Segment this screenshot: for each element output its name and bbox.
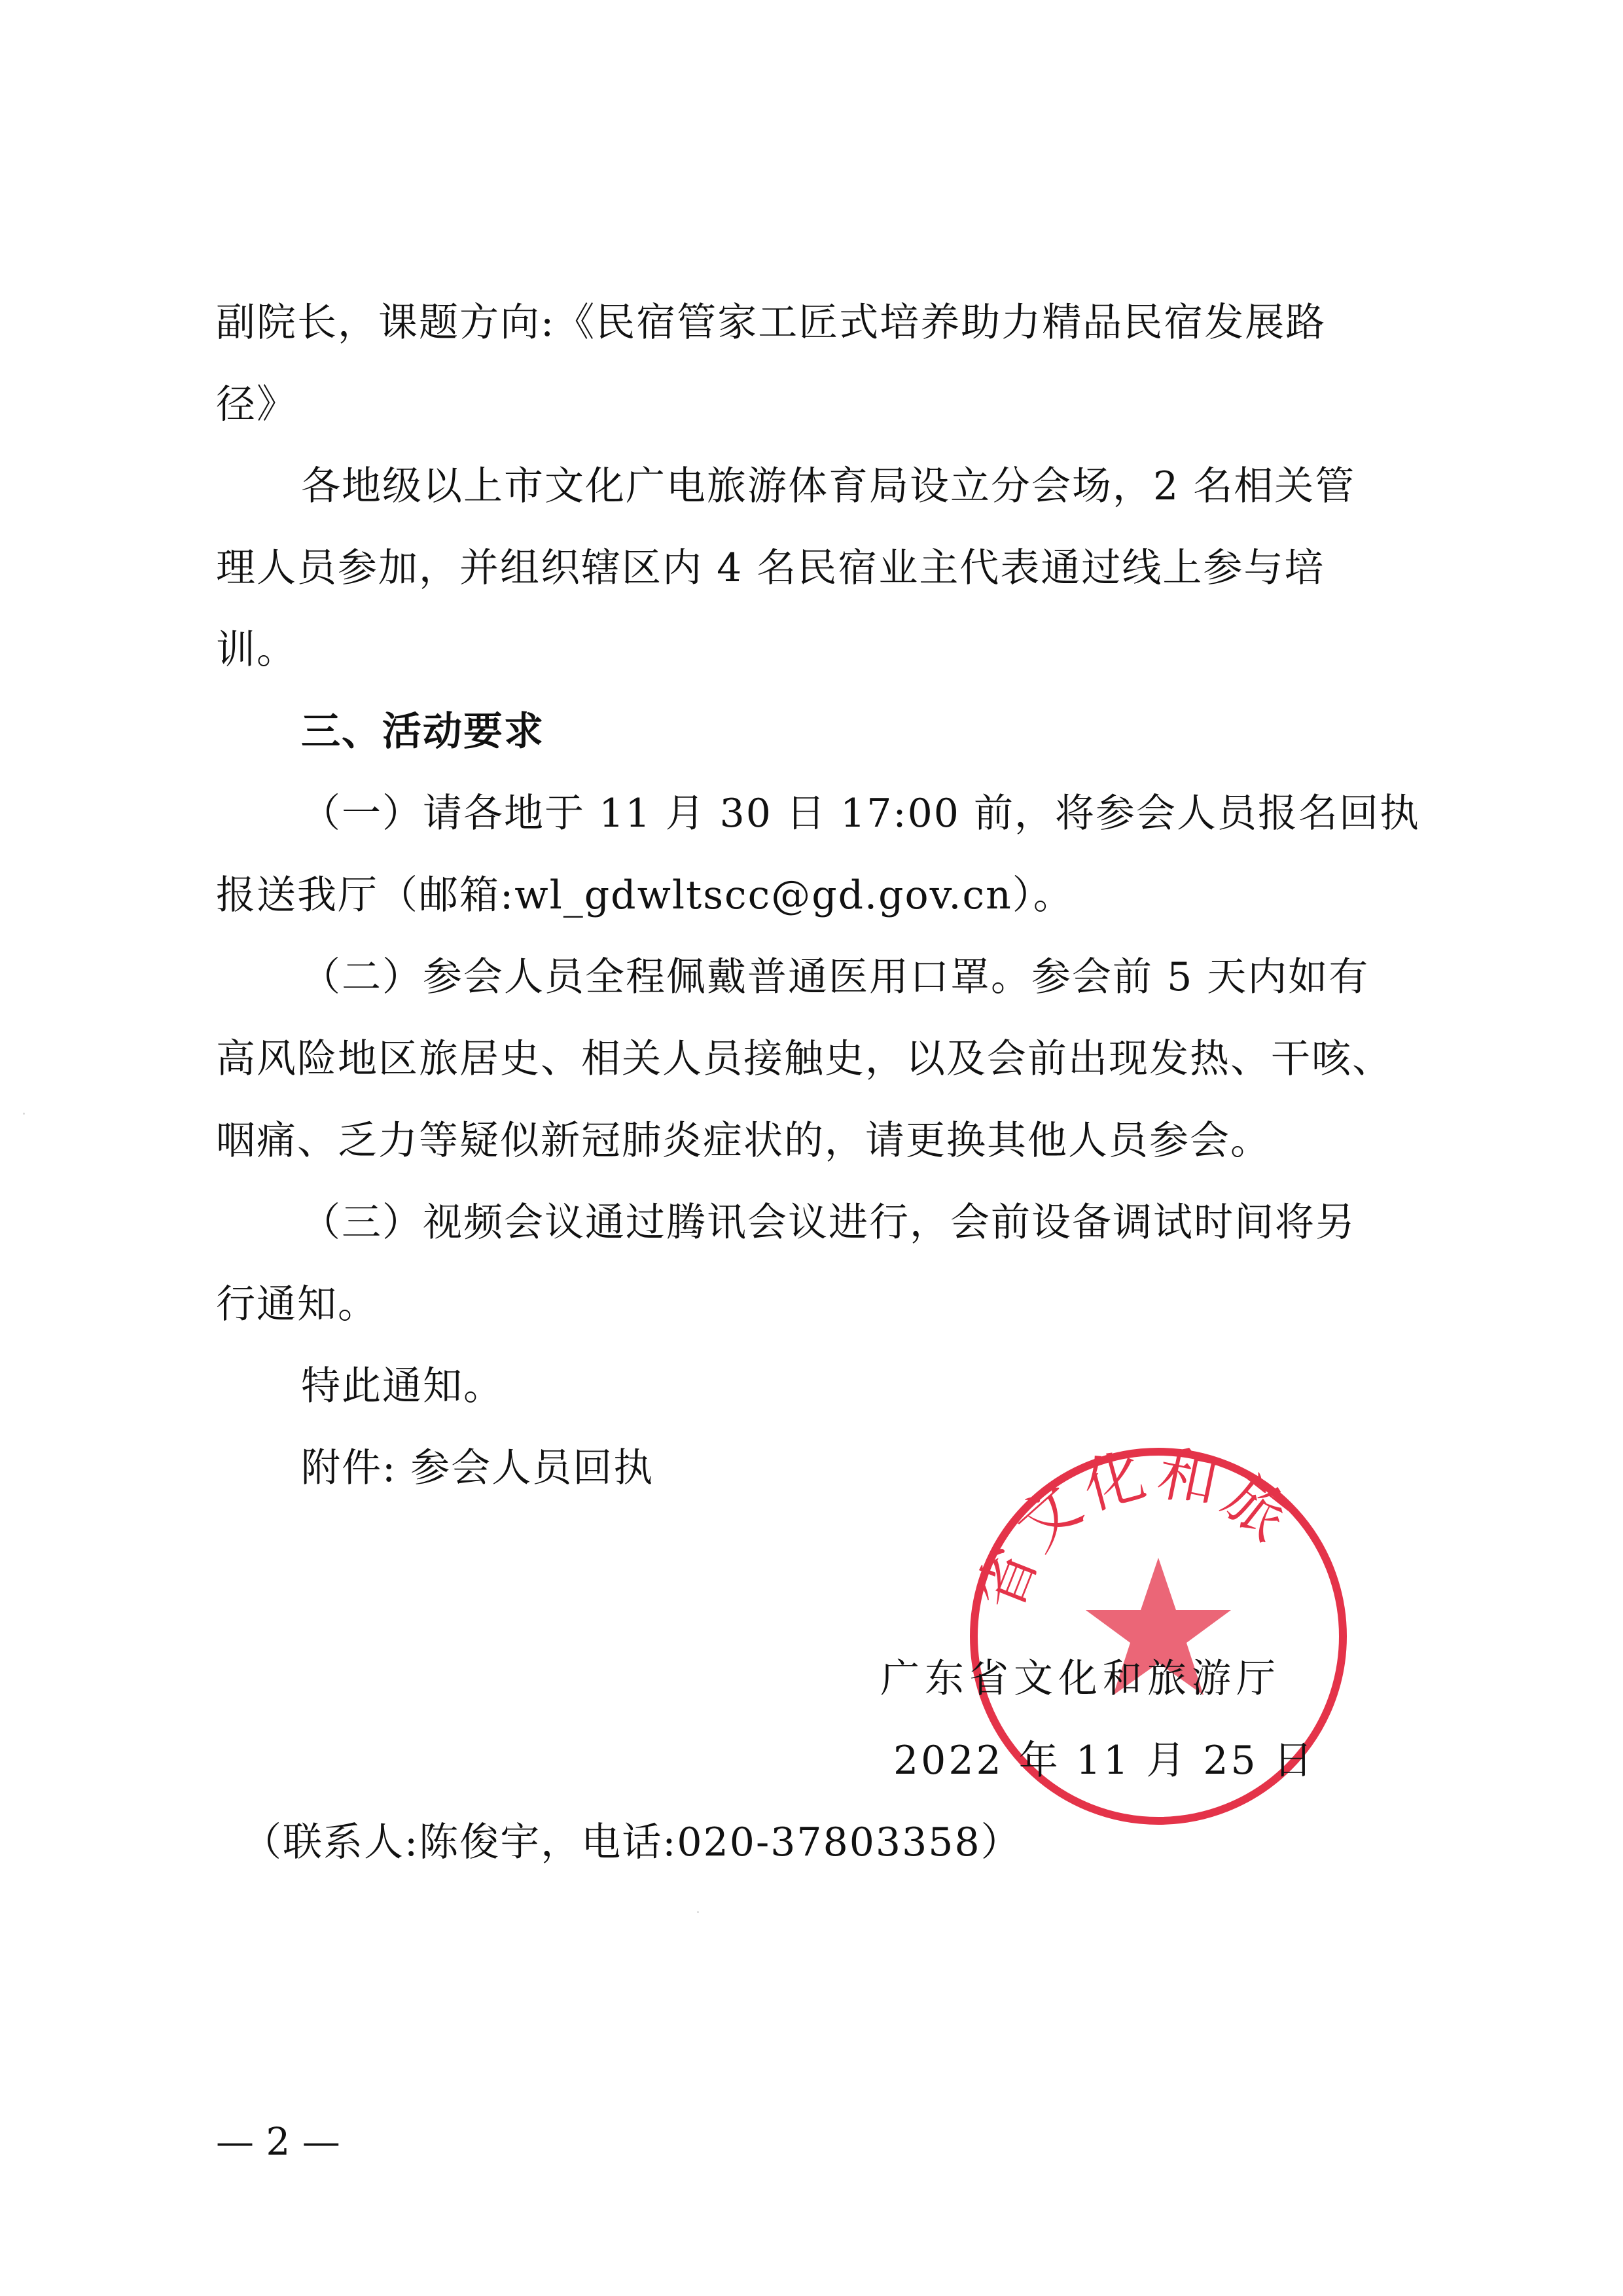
document-page: 副院长，课题方向:《民宿管家工匠式培养助力精品民宿发展路 径》 各地级以上市文化… <box>0 0 1623 2296</box>
requirement-3-line-2: 行通知。 <box>216 1285 378 1324</box>
paragraph-line-3: 各地级以上市文化广电旅游体育局设立分会场，2 名相关管 <box>301 467 1355 506</box>
section-heading: 三、活动要求 <box>301 712 544 751</box>
closing-text: 特此通知。 <box>301 1367 504 1406</box>
signature-date: 2022 年 11 月 25 日 <box>893 1741 1315 1780</box>
paragraph-line-5: 训。 <box>216 630 297 670</box>
scan-artifact <box>23 1113 25 1115</box>
seal-arc-text: 省文化和旅 <box>965 1443 1306 1621</box>
attachment-line: 附件: 参会人员回执 <box>301 1448 654 1488</box>
requirement-2-line-2: 高风险地区旅居史、相关人员接触史，以及会前出现发热、干咳、 <box>216 1039 1393 1079</box>
paragraph-line-1: 副院长，课题方向:《民宿管家工匠式培养助力精品民宿发展路 <box>216 303 1326 342</box>
requirement-2-line-1: （二）参会人员全程佩戴普通医用口罩。参会前 5 天内如有 <box>301 958 1369 997</box>
page-number: — 2 — <box>216 2119 340 2164</box>
requirement-1-line-2: 报送我厅（邮箱:wl_gdwltscc@gd.gov.cn）。 <box>216 876 1074 915</box>
contact-info: （联系人:陈俊宇，电话:020-37803358） <box>242 1823 1022 1862</box>
requirement-1-line-1: （一）请各地于 11 月 30 日 17:00 前，将参会人员报名回执 <box>301 794 1420 833</box>
scan-artifact <box>697 1911 699 1913</box>
paragraph-line-2: 径》 <box>216 385 297 424</box>
requirement-2-line-3: 咽痛、乏力等疑似新冠肺炎症状的，请更换其他人员参会。 <box>216 1121 1271 1160</box>
signature-organization: 广东省文化和旅游厅 <box>880 1659 1281 1698</box>
requirement-3-line-1: （三）视频会议通过腾讯会议进行，会前设备调试时间将另 <box>301 1203 1356 1242</box>
paragraph-line-4: 理人员参加，并组织辖区内 4 名民宿业主代表通过线上参与培 <box>216 548 1325 588</box>
